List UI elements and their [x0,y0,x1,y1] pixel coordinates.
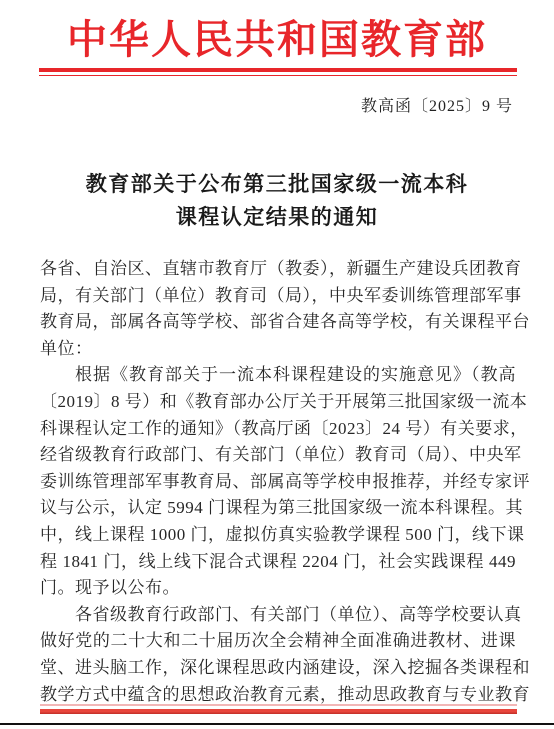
body-line: 程 1841 门，线上线下混合式课程 2204 门，社会实践课程 449 [40,549,516,576]
body-line: 根据《教育部关于一流本科课程建设的实施意见》（教高 [40,362,516,389]
ministry-header-title: 中华人民共和国教育部 [0,8,554,65]
document-page: 中华人民共和国教育部 教高函〔2025〕9 号 教育部关于公布第三批国家级一流本… [0,0,554,729]
body-line: 各省级教育行政部门、有关部门（单位）、高等学校要认真 [40,602,516,629]
body-line: 各省、自治区、直辖市教育厅（教委），新疆生产建设兵团教育 [40,256,516,283]
document-number: 教高函〔2025〕9 号 [361,93,513,116]
body-line: 门。现予以公布。 [40,575,516,602]
body-line: 局，有关部门（单位）教育司（局），中央军委训练管理部军事 [40,283,516,310]
body-line: 议与公示，认定 5994 门课程为第三批国家级一流本科课程。其 [40,495,516,522]
body-line: 〔2019〕8 号）和《教育部办公厅关于开展第三批国家级一流本 [40,389,516,416]
red-underline-annotation [40,709,517,714]
notice-title-line-1: 教育部关于公布第三批国家级一流本科 [0,168,554,201]
notice-title-line-2: 课程认定结果的通知 [0,201,554,234]
body-line: 堂、进头脑工作，深化课程思政内涵建设，深入挖掘各类课程和 [40,655,516,682]
body-line: 经省级教育行政部门、有关部门（单位）教育司（局）、中央军 [40,442,516,469]
body-line: 中，线上课程 1000 门，虚拟仿真实验教学课程 500 门，线下课 [40,522,516,549]
notice-body: 各省、自治区、直辖市教育厅（教委），新疆生产建设兵团教育 局，有关部门（单位）教… [40,256,516,708]
page-bottom-border [0,723,554,725]
body-line: 教育局，部属各高等学校、部省合建各高等学校，有关课程平台 [40,309,516,336]
red-header-divider [39,68,517,76]
body-line: 科课程认定工作的通知》（教高厅函〔2023〕24 号）有关要求， [40,416,516,443]
body-line: 做好党的二十大和二十届历次全会精神全面准确进教材、进课 [40,628,516,655]
body-line: 委训练管理部军事教育局、部属高等学校申报推荐，并经专家评 [40,469,516,496]
red-underline-annotation-light [40,704,517,706]
body-line: 单位： [40,336,516,363]
notice-title: 教育部关于公布第三批国家级一流本科 课程认定结果的通知 [0,168,554,234]
